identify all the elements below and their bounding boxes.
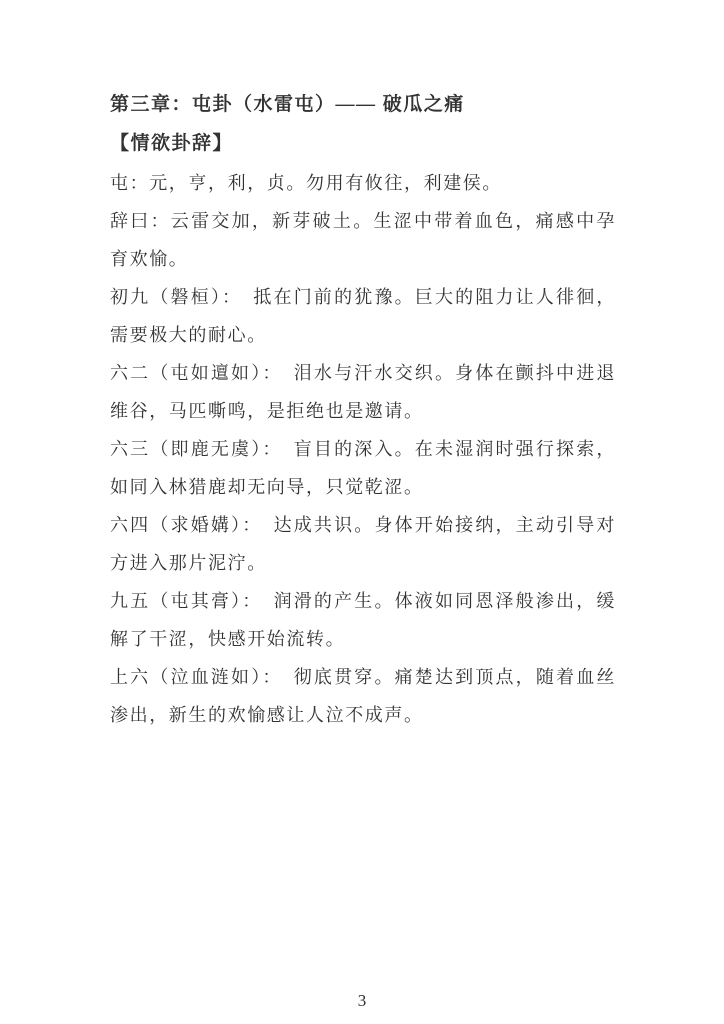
paragraph-liu-san: 六三（即鹿无虞）： 盲目的深入。在未湿润时强行探索，如同入林猎鹿却无向导，只觉乾… xyxy=(110,430,616,506)
section-label: 【情欲卦辞】 xyxy=(110,125,616,163)
paragraph-chu-jiu: 初九（磐桓）： 抵在门前的犹豫。巨大的阻力让人徘徊，需要极大的耐心。 xyxy=(110,278,616,354)
paragraph-ci-yue: 辞曰：云雷交加，新芽破土。生涩中带着血色，痛感中孕育欢愉。 xyxy=(110,202,616,278)
paragraph-jiu-wu: 九五（屯其膏）： 润滑的产生。体液如同恩泽般渗出，缓解了干涩，快感开始流转。 xyxy=(110,582,616,658)
paragraph-gua-ci: 屯：元，亨，利，贞。勿用有攸往，利建侯。 xyxy=(110,164,616,202)
page-number: 3 xyxy=(0,990,724,1012)
paragraph-liu-si: 六四（求婚媾）： 达成共识。身体开始接纳，主动引导对方进入那片泥泞。 xyxy=(110,506,616,582)
chapter-heading: 第三章：屯卦（水雷屯）—— 破瓜之痛 xyxy=(110,86,616,124)
document-page: 第三章：屯卦（水雷屯）—— 破瓜之痛 【情欲卦辞】 屯：元，亨，利，贞。勿用有攸… xyxy=(0,0,724,1024)
paragraph-liu-er: 六二（屯如邅如）： 泪水与汗水交织。身体在颤抖中进退维谷，马匹嘶鸣，是拒绝也是邀… xyxy=(110,354,616,430)
paragraph-shang-liu: 上六（泣血涟如）： 彻底贯穿。痛楚达到顶点，随着血丝渗出，新生的欢愉感让人泣不成… xyxy=(110,658,616,734)
page-content: 第三章：屯卦（水雷屯）—— 破瓜之痛 【情欲卦辞】 屯：元，亨，利，贞。勿用有攸… xyxy=(110,86,616,734)
